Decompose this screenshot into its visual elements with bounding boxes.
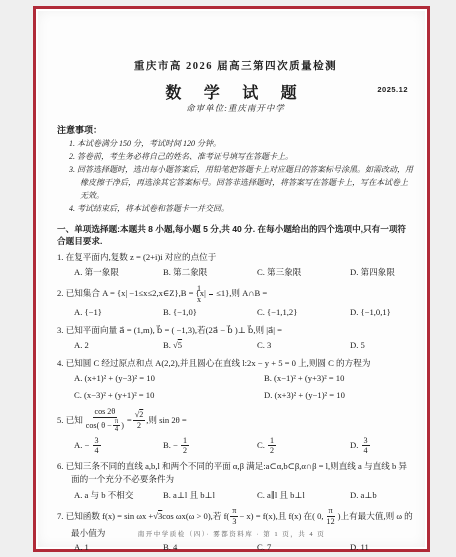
- fraction: 34: [362, 436, 370, 456]
- option: B. √5: [163, 339, 257, 353]
- options-row: A. {−1}B. {−1,0}C. {−1,1,2}D. {−1,0,1}: [74, 306, 414, 320]
- question-stem: 7. 已知函数 f(x) = sin ωx + √3cos ωx(ω > 0),…: [57, 506, 414, 526]
- options-row: A. 第一象限B. 第二象限C. 第三象限D. 第四象限: [74, 266, 414, 280]
- option: A. 第一象限: [74, 266, 163, 280]
- fraction: π4: [113, 418, 120, 434]
- exam-date: 2025.12: [377, 85, 408, 94]
- option: A. a 与 b 不相交: [74, 489, 163, 503]
- option: D. a⊥b: [350, 489, 414, 503]
- fraction: π12: [325, 506, 337, 526]
- page-footer: 南开中学质检（四）· 雾都资料库 · 第 1 页，共 4 页: [36, 529, 427, 538]
- option: D. (x+3)² + (y−1)² = 10: [264, 389, 414, 403]
- notice-item: 1. 本试卷满分 150 分，考试时间 120 分钟。: [69, 138, 414, 151]
- question: 6. 已知三条不同的直线 a,b,l 和两个不同的平面 α,β 满足:a⊂α,b…: [57, 460, 414, 502]
- option: A. (x+1)² + (y−3)² = 10: [74, 372, 264, 386]
- option: B. a⊥l 且 b⊥l: [163, 489, 257, 503]
- notice-list: 1. 本试卷满分 150 分，考试时间 120 分钟。 2. 答卷前，考生务必将…: [57, 138, 414, 216]
- question-stem: 3. 已知平面向量 a⃗ = (1,m), b⃗ = ( −1,3),若(2a⃗…: [57, 324, 414, 337]
- options-row: A. − 34B. − 12C. 12D. 34: [74, 436, 414, 456]
- notice-item: 3. 回答选择题时，选出每小题答案后，用铅笔把答题卡上对应题目的答案标号涂黑。如…: [69, 164, 414, 203]
- fraction: 12: [181, 436, 189, 456]
- fraction: 1x: [209, 284, 213, 304]
- option: D. 34: [350, 436, 414, 456]
- option: C. (x−3)² + (y+1)² = 10: [74, 389, 264, 403]
- option: C. {−1,1,2}: [257, 306, 350, 320]
- option: C. 12: [257, 436, 350, 456]
- option: B. 第二象限: [163, 266, 257, 280]
- fraction: cos 2θcos( θ − π4 ): [84, 407, 126, 434]
- options-row: A. (x+1)² + (y−3)² = 10B. (x−1)² + (y+3)…: [74, 372, 414, 403]
- option: A. {−1}: [74, 306, 163, 320]
- option: D. 5: [350, 339, 414, 353]
- sqrt-expression: √3: [153, 511, 162, 521]
- sqrt-expression: √5: [173, 340, 182, 350]
- exam-paper: 重庆市高 2026 届高三第四次质量检测 数 学 试 题 2025.12 命审单…: [33, 6, 430, 552]
- notice-heading: 注意事项：: [57, 123, 414, 136]
- option: A. − 34: [74, 436, 163, 456]
- option: B. 4: [163, 541, 257, 555]
- school-line: 重庆市高 2026 届高三第四次质量检测: [57, 58, 414, 73]
- option: C. a∥l 且 b⊥l: [257, 489, 350, 503]
- question: 1. 在复平面内,复数 z = (2+i)i 对应的点位于A. 第一象限B. 第…: [57, 251, 414, 280]
- fraction: π3: [230, 506, 238, 526]
- option: D. 第四象限: [350, 266, 414, 280]
- question-stem: 2. 已知集合 A = {x| −1≤x≤2,x∈Z},B = {x| 1x ≤…: [57, 284, 414, 304]
- option: A. 2: [74, 339, 163, 353]
- notice-item: 2. 答卷前，考生务必将自己的姓名、准考证号填写在答题卡上。: [69, 151, 414, 164]
- fraction: 12: [268, 436, 276, 456]
- question: 5. 已知 cos 2θcos( θ − π4 ) = √22 ,则 sin 2…: [57, 407, 414, 456]
- question: 2. 已知集合 A = {x| −1≤x≤2,x∈Z},B = {x| 1x ≤…: [57, 284, 414, 320]
- option: C. 3: [257, 339, 350, 353]
- paper-content: 重庆市高 2026 届高三第四次质量检测 数 学 试 题 2025.12 命审单…: [36, 9, 427, 549]
- options-row: A. 2B. √5C. 3D. 5: [74, 339, 414, 353]
- questions-list: 1. 在复平面内,复数 z = (2+i)i 对应的点位于A. 第一象限B. 第…: [57, 251, 414, 555]
- option: B. {−1,0}: [163, 306, 257, 320]
- option: D. {−1,0,1}: [350, 306, 414, 320]
- question-stem: 6. 已知三条不同的直线 a,b,l 和两个不同的平面 α,β 满足:a⊂α,b…: [57, 460, 414, 487]
- fraction: √22: [133, 410, 145, 430]
- options-row: A. a 与 b 不相交B. a⊥l 且 b⊥lC. a∥l 且 b⊥lD. a…: [74, 489, 414, 503]
- question-stem: 4. 已知圆 C 经过原点和点 A(2,2),并且圆心在直线 l:2x − y …: [57, 357, 414, 370]
- section-heading: 一、单项选择题:本题共 8 小题,每小题 5 分,共 40 分. 在每小题给出的…: [57, 223, 414, 247]
- question-stem: 5. 已知 cos 2θcos( θ − π4 ) = √22 ,则 sin 2…: [57, 407, 414, 434]
- options-row: A. 1B. 4C. 7D. 11: [74, 541, 414, 555]
- sqrt-expression: √2: [135, 410, 143, 420]
- question-stem: 1. 在复平面内,复数 z = (2+i)i 对应的点位于: [57, 251, 414, 264]
- exam-title: 数 学 试 题: [165, 85, 305, 102]
- option: A. 1: [74, 541, 163, 555]
- option: B. (x−1)² + (y+3)² = 10: [264, 372, 414, 386]
- fraction: 34: [93, 436, 101, 456]
- question: 3. 已知平面向量 a⃗ = (1,m), b⃗ = ( −1,3),若(2a⃗…: [57, 324, 414, 353]
- option: C. 7: [257, 541, 350, 555]
- option: D. 11: [350, 541, 414, 555]
- option: C. 第三象限: [257, 266, 350, 280]
- notice-item: 4. 考试结束后，将本试卷和答题卡一并交回。: [69, 203, 414, 216]
- examiner-line: 命审单位:重庆南开中学: [57, 102, 414, 114]
- option: B. − 12: [163, 436, 257, 456]
- question: 4. 已知圆 C 经过原点和点 A(2,2),并且圆心在直线 l:2x − y …: [57, 357, 414, 403]
- title-row: 数 学 试 题 2025.12: [57, 80, 414, 98]
